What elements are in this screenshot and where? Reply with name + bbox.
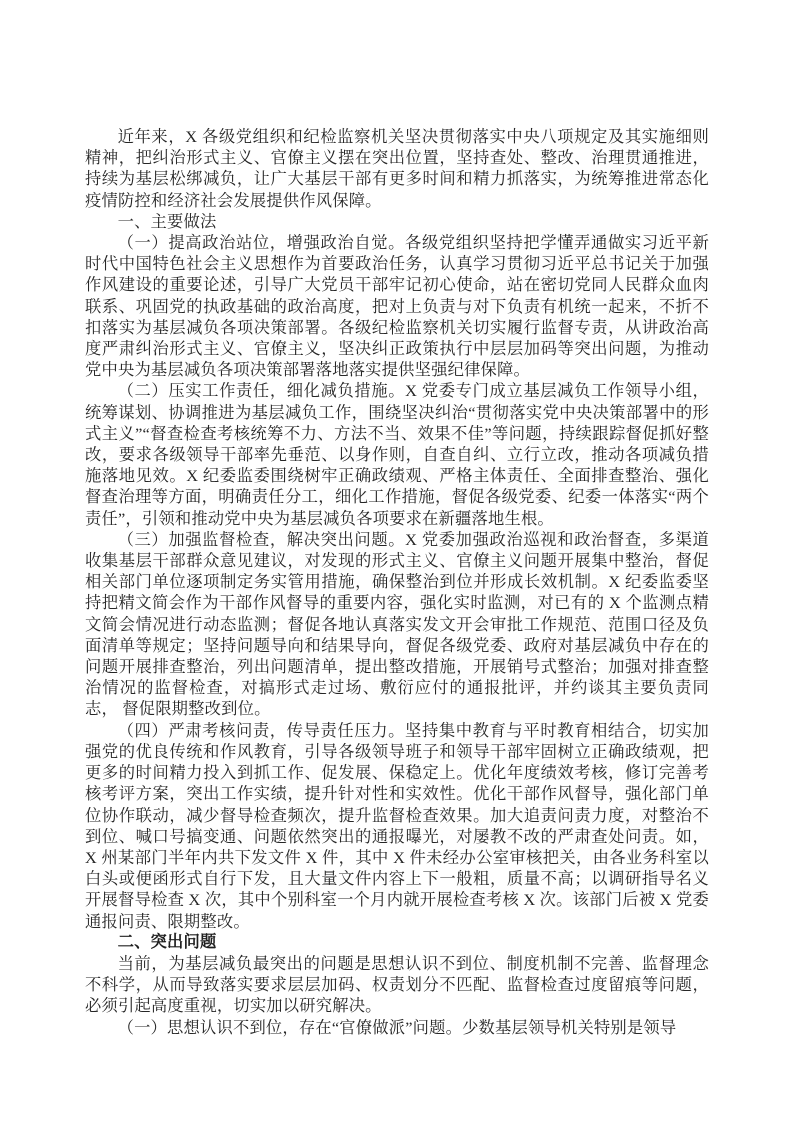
section-2-intro-paragraph: 当前，为基层减负最突出的问题是思想认识不到位、制度机制不完善、监督理念不科学，从… [85, 953, 709, 1017]
document-text-block: 近年来，X 各级党组织和纪检监察机关坚决贯彻落实中央八项规定及其实施细则精神，把… [85, 126, 709, 1038]
section-2-item-1-paragraph: （一）思想认识不到位，存在“官僚做派”问题。少数基层领导机关特别是领导 [85, 1017, 709, 1038]
section-2-heading: 二、突出问题 [85, 932, 709, 953]
section-1-heading: 一、主要做法 [85, 211, 709, 232]
document-page: 近年来，X 各级党组织和纪检监察机关坚决贯彻落实中央八项规定及其实施细则精神，把… [0, 0, 794, 1122]
section-1-item-1-paragraph: （一）提高政治站位，增强政治自觉。各级党组织坚持把学懂弄通做实习近平新时代中国特… [85, 232, 709, 380]
section-1-item-4-paragraph: （四）严肃考核问责，传导责任压力。坚持集中教育与平时教育相结合，切实加强党的优良… [85, 720, 709, 932]
section-1-item-3-paragraph: （三）加强监督检查，解决突出问题。X 党委加强政治巡视和政治督查，多渠道收集基层… [85, 529, 709, 720]
intro-paragraph: 近年来，X 各级党组织和纪检监察机关坚决贯彻落实中央八项规定及其实施细则精神，把… [85, 126, 709, 211]
section-1-item-2-paragraph: （二）压实工作责任，细化减负措施。X 党委专门成立基层减负工作领导小组，统筹谋划… [85, 380, 709, 528]
